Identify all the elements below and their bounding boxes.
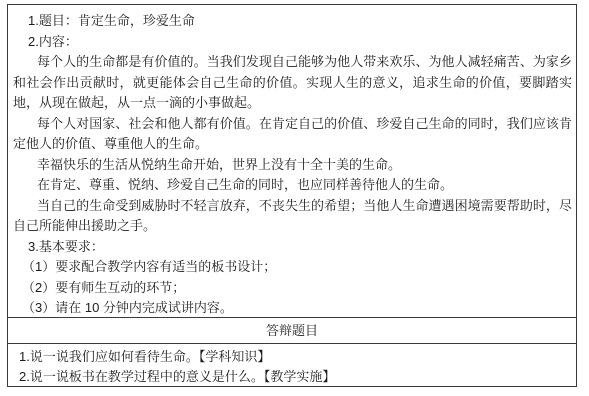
defense-section-header: 答辩题目 [8,317,576,344]
content-paragraph-1: 每个人的生命都是有价值的。当我们发现自己能够为他人带来欢乐、为他人减轻痛苦、为家… [13,52,572,114]
content-label: 2.内容： [13,32,572,53]
requirement-item-3: （3）请在 10 分钟内完成试讲内容。 [13,298,572,317]
content-paragraph-3: 幸福快乐的生活从悦纳生命开始，世界上没有十全十美的生命。 [13,155,572,176]
defense-questions-cell: 1.说一说我们应如何看待生命。【学科知识】 2.说一说板书在教学过程中的意义是什… [8,344,576,386]
page-background: 1.题目：肯定生命，珍爱生命 2.内容： 每个人的生命都是有价值的。当我们发现自… [0,0,589,396]
content-paragraph-2: 每个人对国家、社会和他人都有价值。在肯定自己的价值、珍爱自己生命的同时，我们应该… [13,114,572,155]
requirement-item-1: （1）要求配合教学内容有适当的板书设计； [13,257,572,278]
defense-question-2: 2.说一说板书在教学过程中的意义是什么。【教学实施】 [19,367,572,386]
content-paragraph-5: 当自己的生命受到威胁时不轻言放弃，不丧失生的希望；当他人生命遭遇困境需要帮助时，… [13,196,572,237]
defense-question-1: 1.说一说我们应如何看待生命。【学科知识】 [19,347,572,367]
task-content-cell: 1.题目：肯定生命，珍爱生命 2.内容： 每个人的生命都是有价值的。当我们发现自… [8,5,576,317]
content-paragraph-4: 在肯定、尊重、悦纳、珍爱自己生命的同时，也应同样善待他人的生命。 [13,175,572,196]
topic-line: 1.题目：肯定生命，珍爱生命 [13,11,572,32]
exam-interview-card: 1.题目：肯定生命，珍爱生命 2.内容： 每个人的生命都是有价值的。当我们发现自… [7,4,577,387]
requirement-item-2: （2）要有师生互动的环节； [13,278,572,299]
requirements-label: 3.基本要求： [13,237,572,258]
